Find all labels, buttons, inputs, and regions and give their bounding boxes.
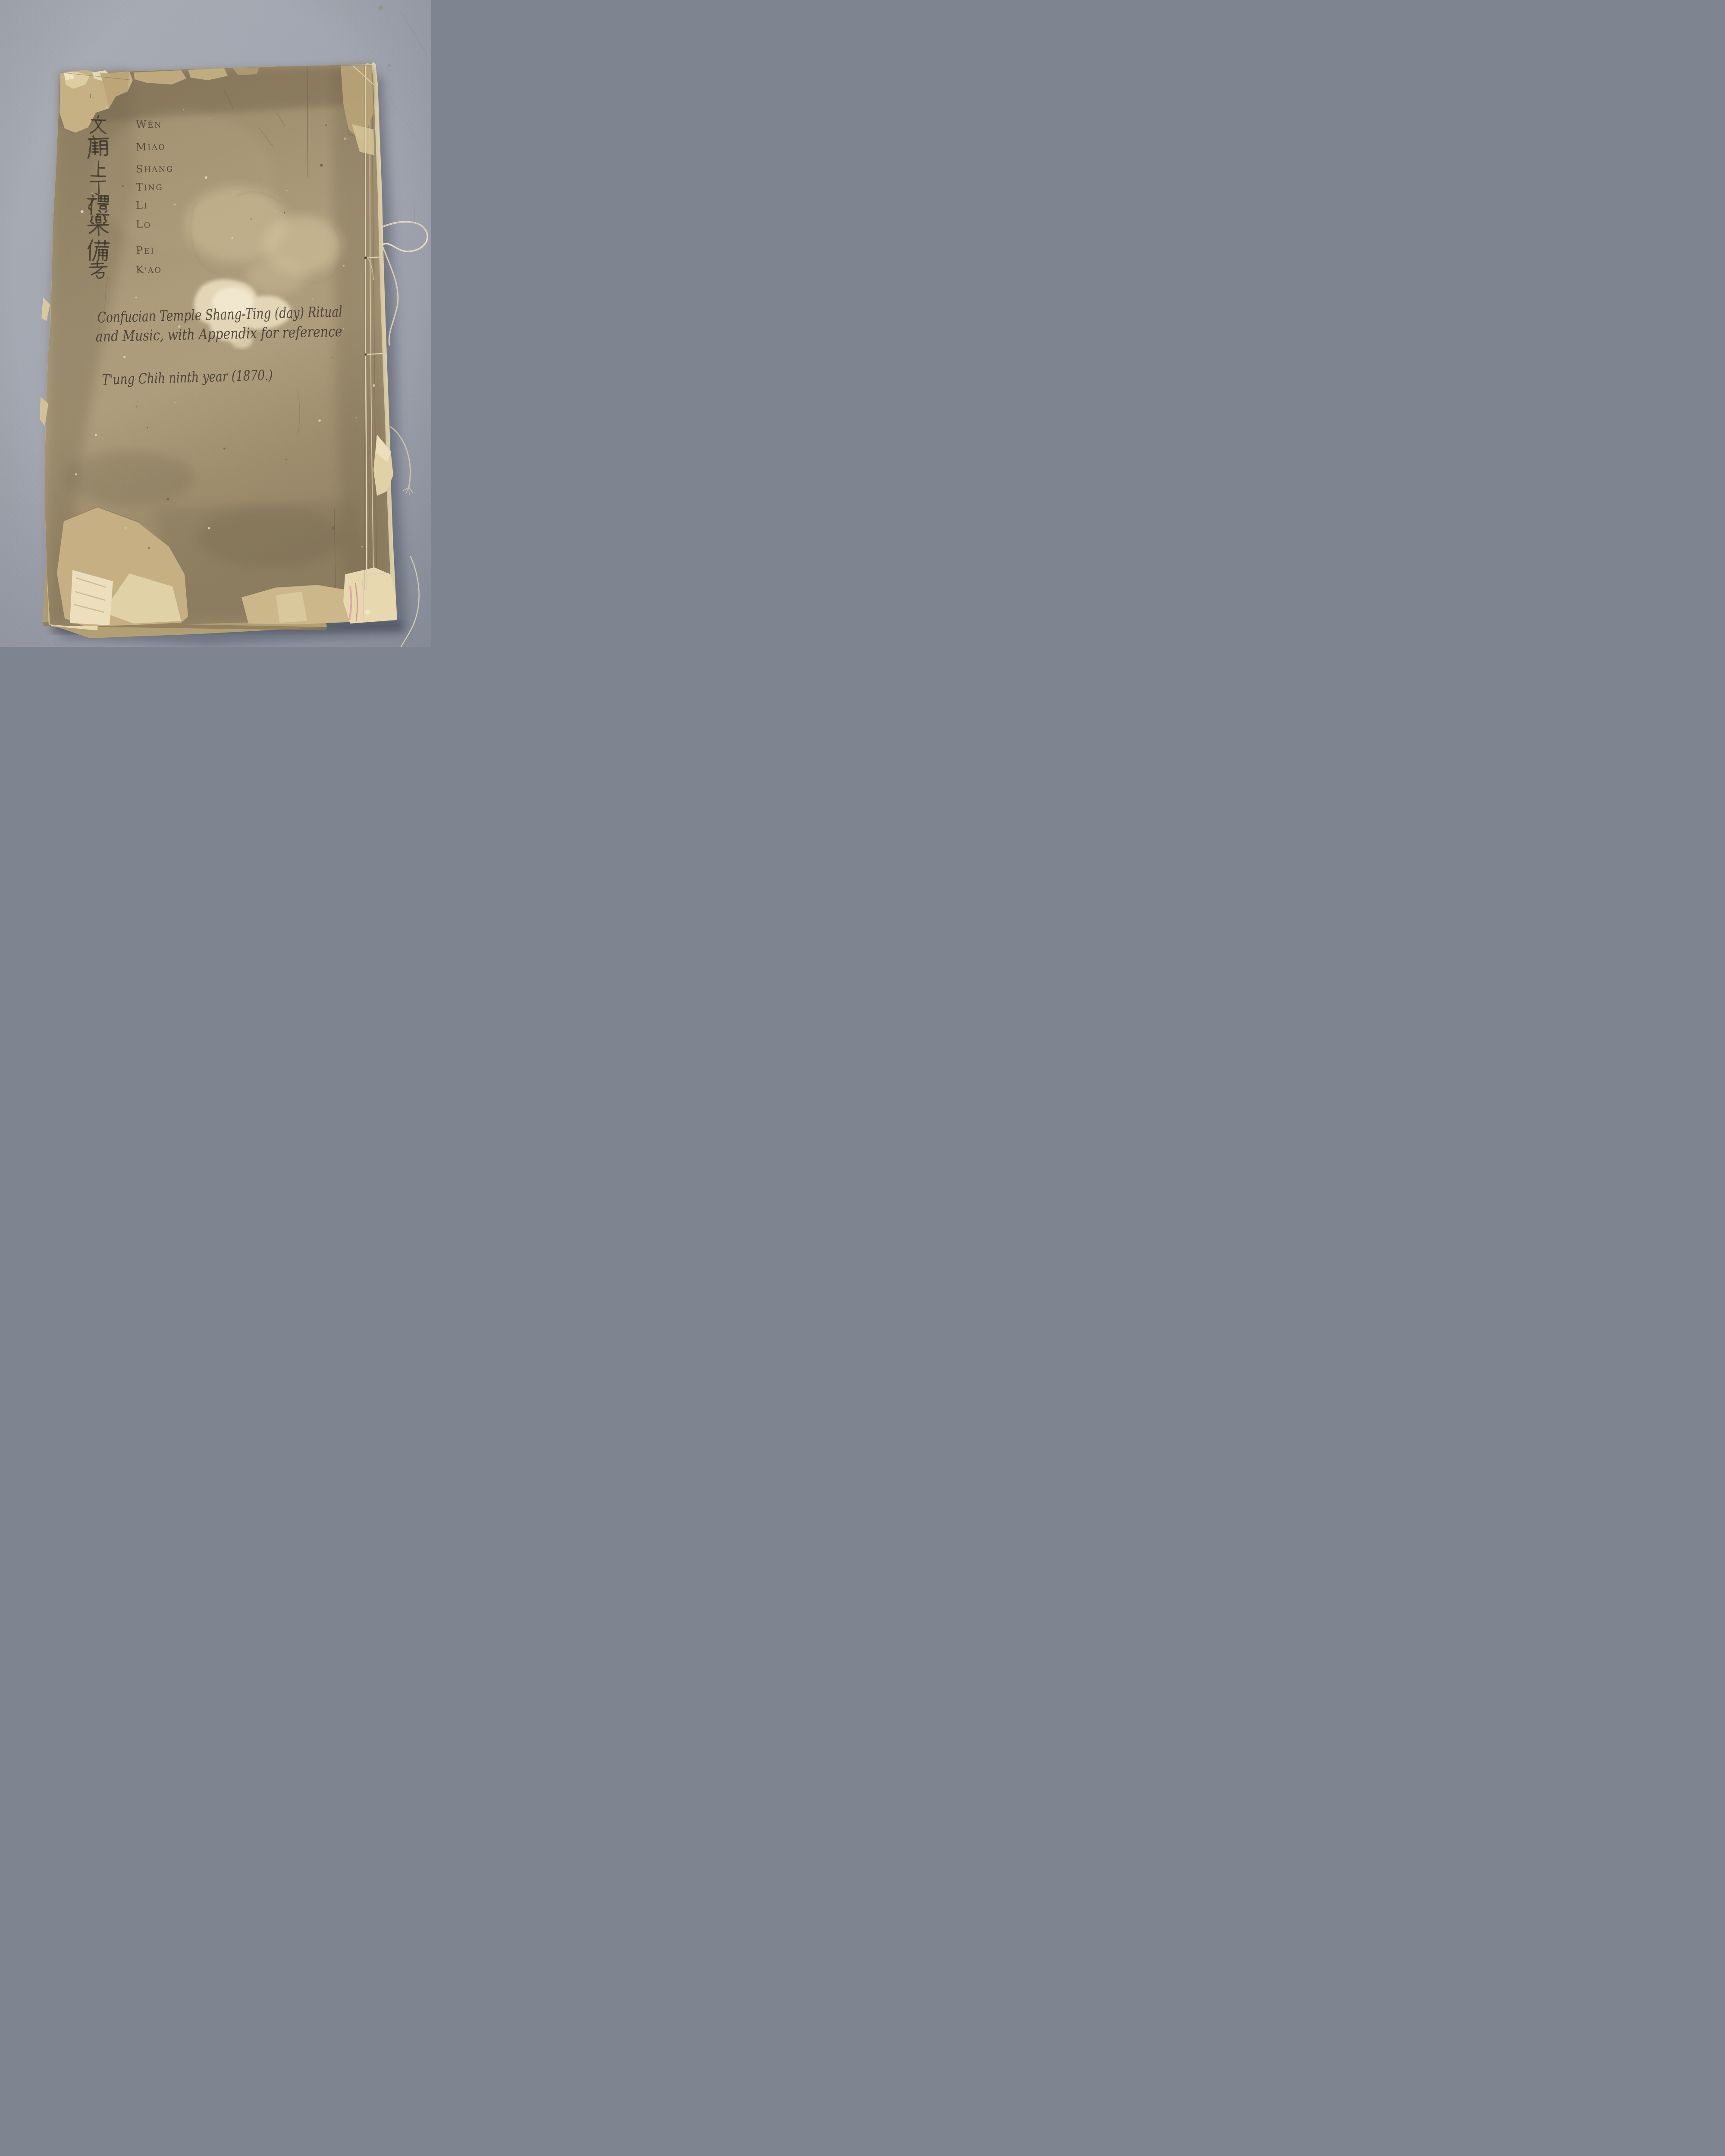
- photo-of-antique-chinese-book: 1. WÊNMIAOSHANGTINGLILOPEIK'AO Confucian…: [0, 0, 431, 647]
- book-photo-canvas: 1. WÊNMIAOSHANGTINGLILOPEIK'AO Confucian…: [0, 0, 431, 647]
- corner-mark: 1.: [89, 94, 94, 100]
- stitch-hole: [364, 257, 367, 259]
